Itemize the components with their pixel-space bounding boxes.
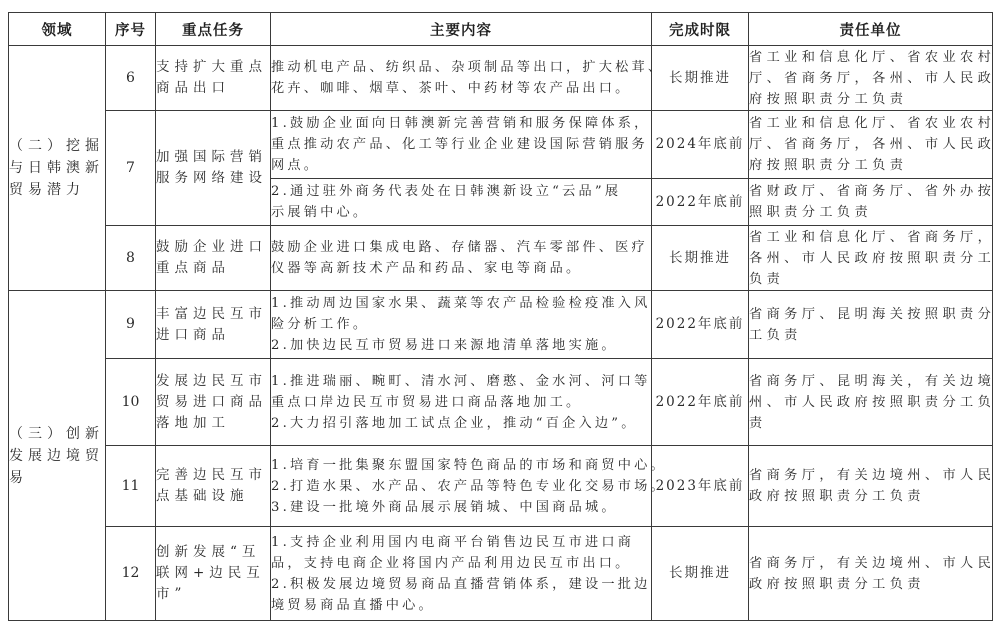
header-deadline: 完成时限	[652, 13, 749, 46]
responsible-cell: 省工业和信息化厅、省农业农村 厅、省商务厅，各州、市人民政 府按照职责分工负责	[749, 46, 993, 111]
task-cell: 加强国际营销 服务网络建设	[156, 111, 271, 226]
content-cell: 鼓励企业进口集成电路、存储器、汽车零部件、医疗 仪器等高新技术产品和药品、家电等…	[271, 226, 652, 291]
responsible-cell: 省商务厅，有关边境州、市人民 政府按照职责分工负责	[749, 446, 993, 527]
deadline-cell: 2022年底前	[652, 291, 749, 359]
header-resp: 责任单位	[749, 13, 993, 46]
content-cell: 1.推进瑞丽、畹町、清水河、磨憨、金水河、河口等 重点口岸边民互市贸易进口商品落…	[271, 359, 652, 446]
responsible-cell: 省财政厅、省商务厅、省外办按 照职责分工负责	[749, 179, 993, 226]
table-row: 11 完善边民互市 点基础设施 1.培育一批集聚东盟国家特色商品的市场和商贸中心…	[9, 446, 993, 527]
task-table: 领域 序号 重点任务 主要内容 完成时限 责任单位 （二）挖掘 与日韩澳新 贸易…	[8, 12, 993, 621]
table-row: 10 发展边民互市 贸易进口商品 落地加工 1.推进瑞丽、畹町、清水河、磨憨、金…	[9, 359, 993, 446]
content-cell: 2.通过驻外商务代表处在日韩澳新设立“云品”展 示展销中心。	[271, 179, 652, 226]
row-number: 12	[106, 527, 156, 621]
table-row: 12 创新发展“互 联网+边民互 市” 1.支持企业利用国内电商平台销售边民互市…	[9, 527, 993, 621]
table-row: （二）挖掘 与日韩澳新 贸易潜力 6 支持扩大重点 商品出口 推动机电产品、纺织…	[9, 46, 993, 111]
deadline-cell: 2024年底前	[652, 111, 749, 179]
deadline-cell: 长期推进	[652, 527, 749, 621]
row-number: 7	[106, 111, 156, 226]
content-cell: 推动机电产品、纺织品、杂项制品等出口，扩大松茸、 花卉、咖啡、烟草、茶叶、中药材…	[271, 46, 652, 111]
row-number: 8	[106, 226, 156, 291]
content-cell: 1.支持企业利用国内电商平台销售边民互市进口商 品，支持电商企业将国内产品利用边…	[271, 527, 652, 621]
responsible-cell: 省商务厅、昆明海关按照职责分 工负责	[749, 291, 993, 359]
row-number: 9	[106, 291, 156, 359]
deadline-cell: 长期推进	[652, 226, 749, 291]
header-area: 领域	[9, 13, 106, 46]
deadline-cell: 长期推进	[652, 46, 749, 111]
content-cell: 1.培育一批集聚东盟国家特色商品的市场和商贸中心。 2.打造水果、水产品、农产品…	[271, 446, 652, 527]
task-cell: 支持扩大重点 商品出口	[156, 46, 271, 111]
task-cell: 丰富边民互市 进口商品	[156, 291, 271, 359]
responsible-cell: 省商务厅，有关边境州、市人民 政府按照职责分工负责	[749, 527, 993, 621]
table-row: 8 鼓励企业进口 重点商品 鼓励企业进口集成电路、存储器、汽车零部件、医疗 仪器…	[9, 226, 993, 291]
table-row: （三）创新 发展边境贸 易 9 丰富边民互市 进口商品 1.推动周边国家水果、蔬…	[9, 291, 993, 359]
content-cell: 1.鼓励企业面向日韩澳新完善营销和服务保障体系， 重点推动农产品、化工等行业企业…	[271, 111, 652, 179]
header-row: 领域 序号 重点任务 主要内容 完成时限 责任单位	[9, 13, 993, 46]
header-task: 重点任务	[156, 13, 271, 46]
deadline-cell: 2022年底前	[652, 179, 749, 226]
responsible-cell: 省商务厅、昆明海关，有关边境 州、市人民政府按照职责分工负 责	[749, 359, 993, 446]
responsible-cell: 省工业和信息化厅、省农业农村 厅、省商务厅，各州、市人民政 府按照职责分工负责	[749, 111, 993, 179]
task-cell: 鼓励企业进口 重点商品	[156, 226, 271, 291]
task-cell: 发展边民互市 贸易进口商品 落地加工	[156, 359, 271, 446]
content-cell: 1.推动周边国家水果、蔬菜等农产品检验检疫准入风 险分析工作。 2.加快边民互市…	[271, 291, 652, 359]
row-number: 10	[106, 359, 156, 446]
deadline-cell: 2022年底前	[652, 359, 749, 446]
header-content: 主要内容	[271, 13, 652, 46]
area-cell: （三）创新 发展边境贸 易	[9, 291, 106, 621]
row-number: 6	[106, 46, 156, 111]
row-number: 11	[106, 446, 156, 527]
task-cell: 完善边民互市 点基础设施	[156, 446, 271, 527]
area-cell: （二）挖掘 与日韩澳新 贸易潜力	[9, 46, 106, 291]
responsible-cell: 省工业和信息化厅、省商务厅， 各州、市人民政府按照职责分工 负责	[749, 226, 993, 291]
header-num: 序号	[106, 13, 156, 46]
table-row: 7 加强国际营销 服务网络建设 1.鼓励企业面向日韩澳新完善营销和服务保障体系，…	[9, 111, 993, 179]
task-cell: 创新发展“互 联网+边民互 市”	[156, 527, 271, 621]
